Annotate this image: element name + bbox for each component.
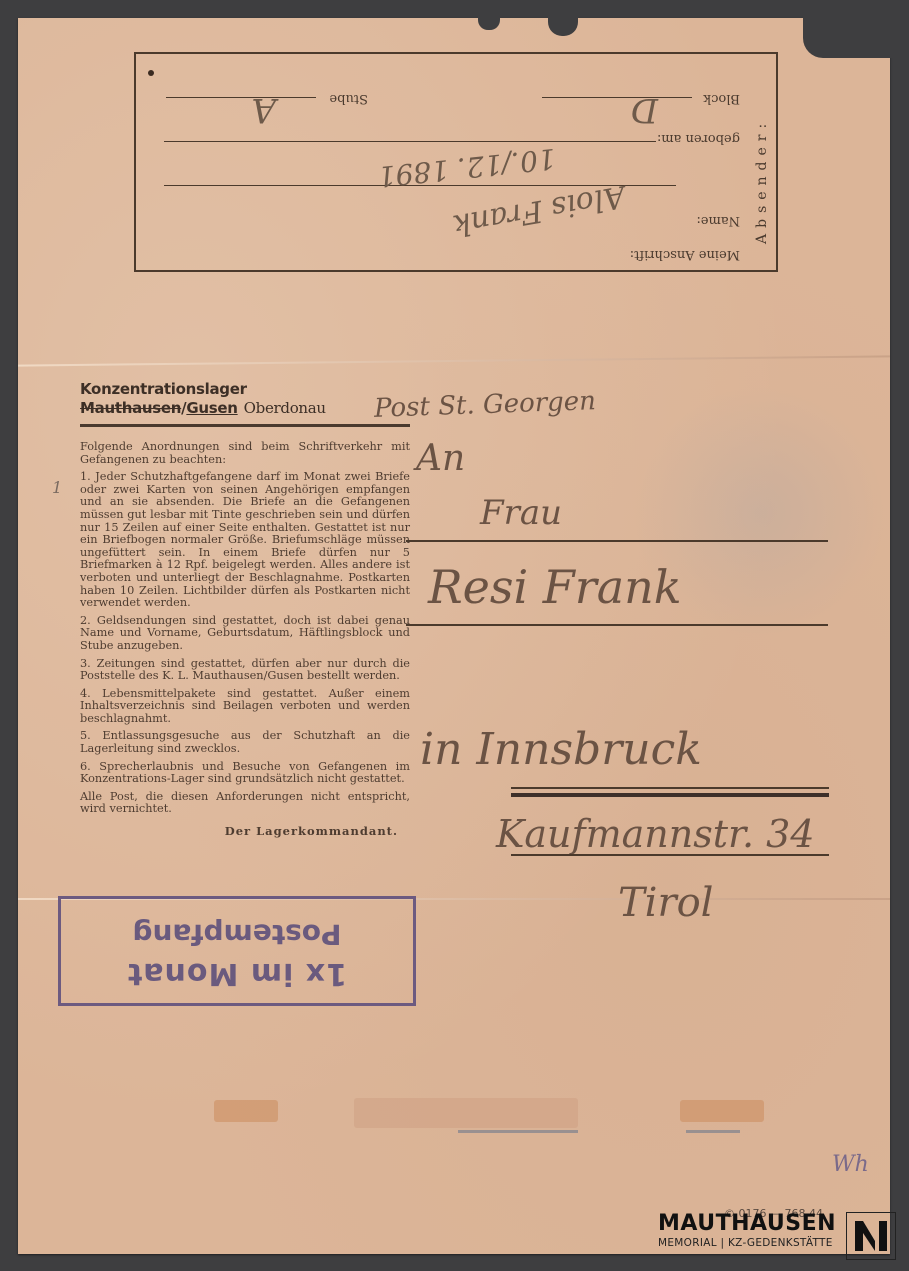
address-city: in Innsbruck	[420, 724, 702, 775]
heading-rule	[80, 424, 410, 427]
camp-name-struck: Mauthausen	[80, 399, 181, 417]
torn-edge	[478, 16, 500, 30]
born-label: geboren am:	[657, 131, 740, 146]
camp-name-line1: Konzentrationslager	[80, 380, 410, 399]
address-to: An	[416, 438, 465, 479]
post-note: Post St. Georgen	[374, 386, 597, 424]
sender-box: Absender: Meine Anschrift: Name: Alois F…	[134, 52, 778, 272]
torn-corner	[803, 16, 893, 58]
rules-block: Konzentrationslager Mauthausen/GusenOber…	[80, 380, 410, 838]
address-line-2	[406, 624, 828, 626]
sender-heading: Absender:	[754, 118, 770, 244]
tape-residue	[214, 1100, 278, 1122]
logo-mark-icon	[846, 1212, 896, 1260]
memorial-logo: MAUTHAUSEN MEMORIAL | KZ-GEDENKSTÄTTE	[658, 1212, 836, 1250]
rule-item-1: 1. Jeder Schutzhaftgefangene darf im Mon…	[80, 471, 410, 610]
block-value: D	[631, 90, 658, 130]
rule-item-2: 2. Geldsendungen sind gestattet, doch is…	[80, 615, 410, 653]
block-line	[542, 97, 692, 98]
rules-intro: Folgende Anordnungen sind beim Schriftve…	[80, 441, 410, 466]
commandant-signature: Der Lagerkommandant.	[80, 824, 410, 838]
bullet-dot	[148, 70, 154, 76]
block-label: Block	[703, 91, 740, 106]
rules-closing: Alle Post, die diesen Anforderungen nich…	[80, 791, 410, 816]
stamp-line-2: Postempfang	[61, 918, 413, 951]
rule-item-3: 3. Zeitungen sind gestattet, dürfen aber…	[80, 658, 410, 683]
camp-name-line2: Mauthausen/GusenOberdonau	[80, 399, 410, 418]
logo-subtitle: MEMORIAL | KZ-GEDENKSTÄTTE	[658, 1236, 836, 1250]
name-value: Alois Frank	[450, 178, 628, 243]
born-line	[164, 141, 656, 142]
tape-residue	[354, 1098, 578, 1128]
m-logo-icon	[853, 1219, 889, 1253]
tape-residue	[680, 1100, 764, 1122]
address-line-3	[511, 787, 829, 789]
camp-region: Oberdonau	[244, 399, 326, 417]
address-region: Tirol	[618, 880, 713, 926]
name-label: Name:	[696, 213, 740, 228]
fold-crease	[18, 355, 890, 366]
tape-strip	[686, 1130, 740, 1133]
margin-mark: 1	[52, 478, 62, 497]
camp-name-gusen: Gusen	[186, 399, 237, 417]
tape-strip	[458, 1130, 578, 1133]
address-street: Kaufmannstr. 34	[496, 812, 815, 856]
address-line-1	[406, 540, 828, 542]
logo-title: MAUTHAUSEN	[658, 1212, 836, 1236]
room-line	[166, 97, 316, 98]
recipient-name: Resi Frank	[428, 560, 682, 614]
address-line-3-thick	[511, 793, 829, 797]
my-address-label: Meine Anschrift:	[630, 247, 740, 262]
stamp-line-1: 1x im Monat	[61, 956, 413, 991]
postempfang-stamp: 1x im Monat Postempfang	[58, 896, 416, 1006]
rule-item-4: 4. Lebensmittelpakete sind gestattet. Au…	[80, 688, 410, 726]
address-line-4	[511, 854, 829, 856]
address-salutation: Frau	[480, 493, 562, 533]
letter-sheet: Absender: Meine Anschrift: Name: Alois F…	[18, 18, 890, 1254]
torn-edge	[548, 16, 578, 36]
rule-item-5: 5. Entlassungsgesuche aus der Schutzhaft…	[80, 730, 410, 755]
rule-item-6: 6. Sprecherlaubnis und Besuche von Gefan…	[80, 761, 410, 786]
room-label: Stube	[329, 91, 368, 106]
room-value: A	[251, 90, 276, 130]
handwritten-initials: Wh	[832, 1152, 869, 1177]
